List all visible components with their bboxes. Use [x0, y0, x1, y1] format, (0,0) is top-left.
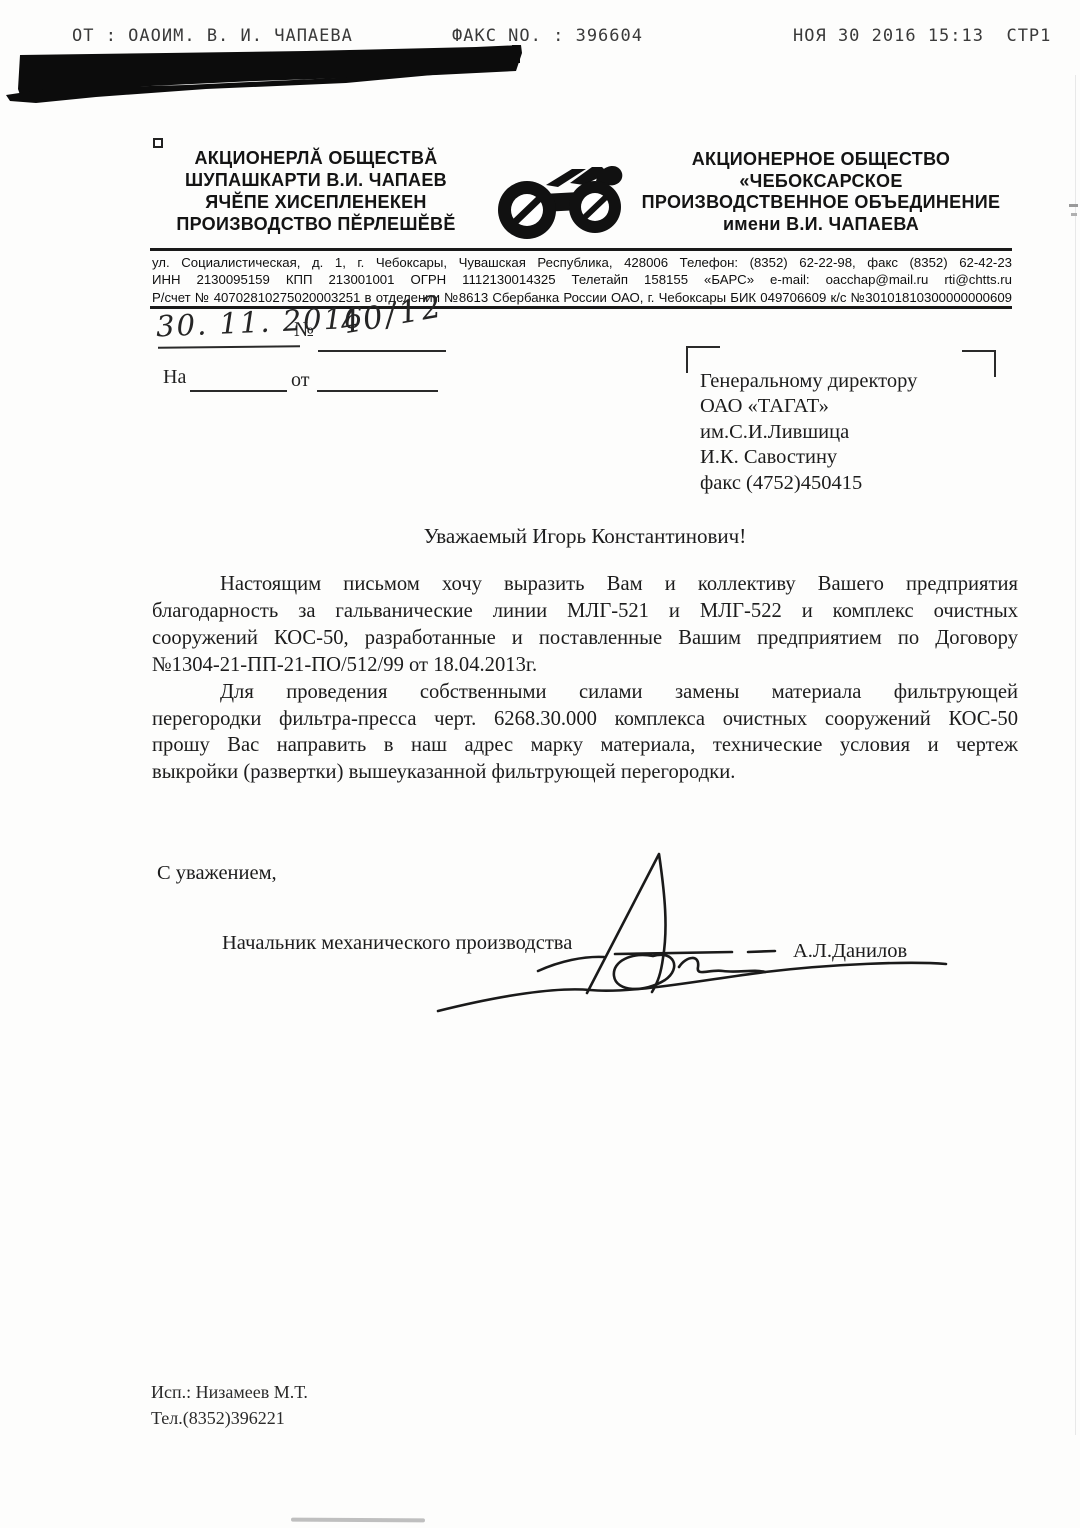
salutation: Уважаемый Игорь Константинович!	[152, 524, 1018, 549]
recipient-line: И.К. Савостину	[700, 445, 917, 470]
date-underline	[158, 345, 300, 349]
number-sign: №	[294, 317, 314, 342]
letterhead-right-line: ПРОИЗВОДСТВЕННОЕ ОБЪЕДИНЕНИЕ	[628, 192, 1014, 214]
fax-timestamp-text: НОЯ 30 2016 15:13 СТР1	[793, 26, 1051, 46]
handwritten-signature	[432, 840, 952, 1015]
signature-closing: С уважением,	[157, 862, 277, 885]
body-line: Для проведения собственными силами замен…	[152, 679, 1018, 706]
footer-block: Исп.: Низамеев М.Т. Тел.(8352)396221	[151, 1379, 308, 1431]
executor-name: Исп.: Низамеев М.Т.	[151, 1379, 308, 1405]
scan-edge-line	[1075, 75, 1076, 1435]
recipient-line: факс (4752)450415	[700, 471, 917, 496]
letterhead-left: АКЦИОНЕРЛĂ ОБЩЕСТВĂ ШУПАШКАРТИ В.И. ЧАПА…	[150, 147, 482, 235]
redaction-mark	[6, 45, 526, 109]
letterhead-right-line: «ЧЕБОКСАРСКОЕ	[628, 171, 1014, 193]
recipient-block: Генеральному директору ОАО «ТАГАТ» им.С.…	[700, 369, 917, 496]
body-line: сооружений КОС-50, разработанные и поста…	[152, 625, 1018, 652]
body-line: Настоящим письмом хочу выразить Вам и ко…	[152, 571, 1018, 598]
number-underline	[318, 350, 446, 352]
body-line: прошу Вас направить в наш адрес марку ма…	[152, 732, 1018, 759]
fax-from-text: ОТ : ОАОИМ. В. И. ЧАПАЕВА	[72, 26, 353, 46]
contact-address-line: ул. Социалистическая, д. 1, г. Чебоксары…	[152, 254, 1012, 271]
letterhead-left-line: ШУПАШКАРТИ В.И. ЧАПАЕВ	[150, 169, 482, 191]
recipient-line: им.С.И.Лившица	[700, 420, 917, 445]
body-line: перегородки фильтра-пресса черт. 6268.30…	[152, 706, 1018, 733]
company-logo-icon	[496, 157, 626, 243]
body-line: выкройки (развертки) вышеуказанной фильт…	[152, 759, 1018, 786]
letterhead-left-line: ЯЧĔПЕ ХИСЕПЛЕНЕКЕН	[150, 191, 482, 213]
ot-label: от	[291, 369, 309, 392]
fax-number-text: ФАКС NO. : 396604	[452, 26, 643, 46]
letterhead-left-line: ПРОИЗВОДСТВО ПĔРЛЕШĔВĔ	[150, 213, 482, 235]
letter-body: Настоящим письмом хочу выразить Вам и ко…	[152, 571, 1018, 786]
contact-block: ул. Социалистическая, д. 1, г. Чебоксары…	[152, 254, 1012, 306]
letterhead-right: АКЦИОНЕРНОЕ ОБЩЕСТВО «ЧЕБОКСАРСКОЕ ПРОИЗ…	[628, 149, 1014, 235]
recipient-line: ОАО «ТАГАТ»	[700, 394, 917, 419]
ot-underline	[317, 390, 438, 392]
contact-ids-line: ИНН 2130095159 КПП 213001001 ОГРН 111213…	[152, 271, 1012, 288]
body-line: благодарность за гальванические линии МЛ…	[152, 598, 1018, 625]
scan-tick-mark	[1071, 213, 1077, 216]
na-underline	[190, 390, 287, 392]
letterhead-right-line: имени В.И. ЧАПАЕВА	[628, 214, 1014, 236]
body-line: №1304-21-ПП-21-ПО/512/99 от 18.04.2013г.	[152, 652, 1018, 679]
scan-smudge	[291, 1518, 425, 1523]
letterhead-right-line: АКЦИОНЕРНОЕ ОБЩЕСТВО	[628, 149, 1014, 171]
signature-name: А.Л.Данилов	[793, 940, 907, 963]
executor-phone: Тел.(8352)396221	[151, 1405, 308, 1431]
recipient-corner-right	[962, 350, 996, 377]
letterhead-left-line: АКЦИОНЕРЛĂ ОБЩЕСТВĂ	[150, 147, 482, 169]
divider-rule-top	[150, 248, 1012, 251]
na-label: На	[163, 366, 186, 389]
recipient-line: Генеральному директору	[700, 369, 917, 394]
scan-tick-mark	[1069, 204, 1078, 207]
